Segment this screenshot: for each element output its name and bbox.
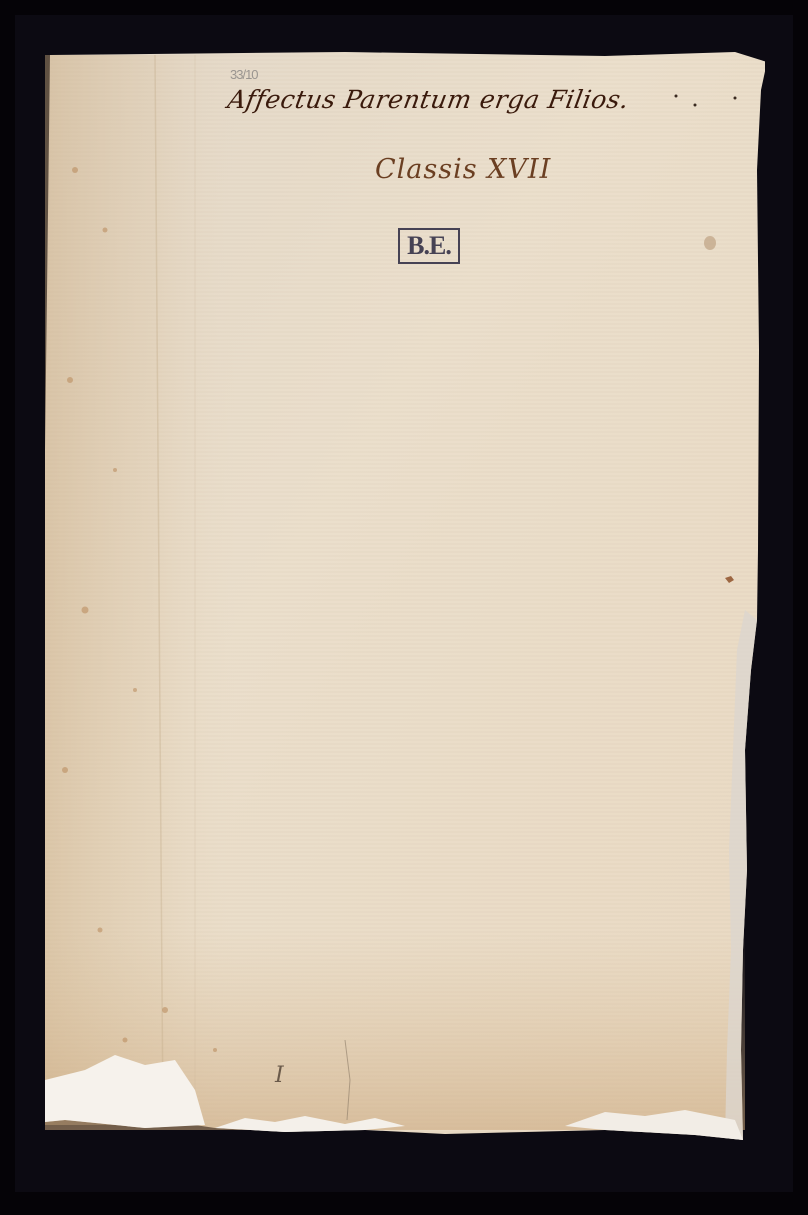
pencil-catalog-number: 33/10 <box>230 67 258 82</box>
library-stamp: B.E. <box>398 228 460 264</box>
classification-label: Classis XVII <box>375 154 551 185</box>
folio-mark: I <box>275 1063 284 1088</box>
manuscript-title: Affectus Parentum erga Filios. <box>225 85 631 114</box>
paper-texture <box>45 50 765 1142</box>
manuscript-sheet: 33/10 Affectus Parentum erga Filios. Cla… <box>45 50 765 1142</box>
